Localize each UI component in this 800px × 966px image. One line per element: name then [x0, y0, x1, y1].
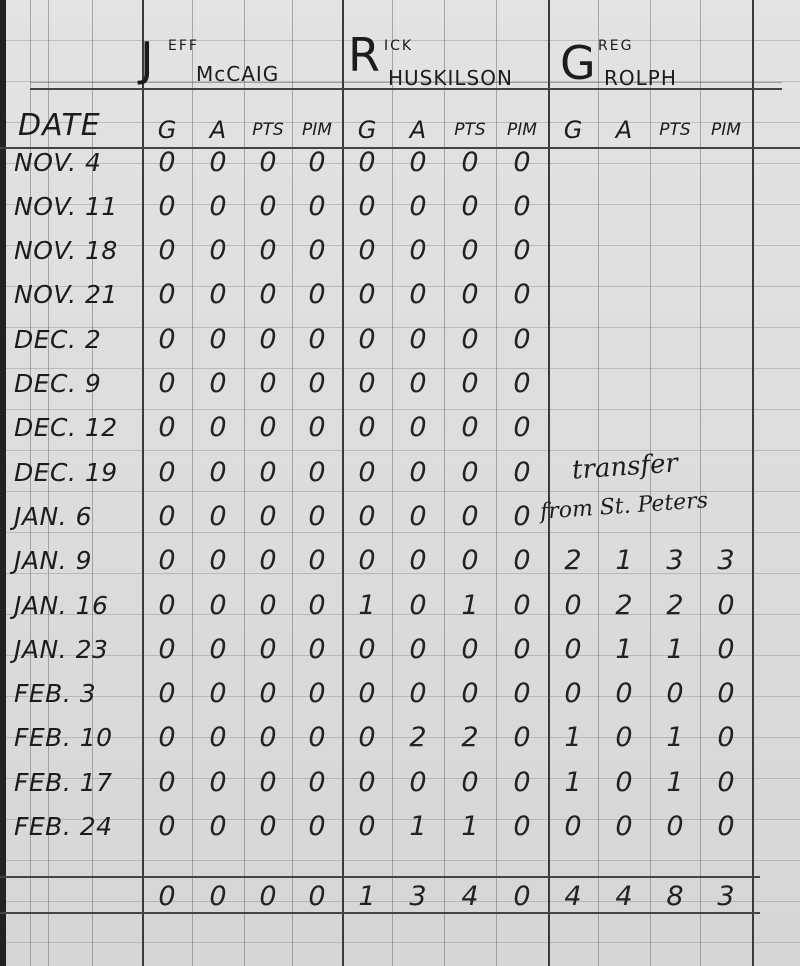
stat-cell: [650, 364, 700, 404]
player-first-name: EFF: [168, 38, 199, 54]
row-date: JAN. 16: [14, 585, 142, 625]
stat-cell: 0: [496, 364, 548, 404]
stat-cell: 0: [142, 452, 192, 492]
stat-cell: 0: [244, 408, 292, 448]
stat-cell: 0: [192, 142, 244, 182]
stat-cell: [548, 142, 598, 182]
stat-cell: 0: [142, 186, 192, 226]
stat-cell: 0: [142, 807, 192, 847]
stat-cell: [700, 142, 752, 182]
game-row: NOV. 400000000: [0, 142, 800, 182]
stat-cell: 0: [244, 541, 292, 581]
stat-cell: 0: [192, 319, 244, 359]
stat-cell: 0: [192, 585, 244, 625]
stat-cell: 0: [392, 541, 444, 581]
stat-cell: 0: [342, 541, 392, 581]
game-row: JAN. 23000000000110: [0, 629, 800, 669]
player-last-name: McCAIG: [196, 62, 279, 86]
stat-cell: 0: [192, 629, 244, 669]
stat-cell: 0: [244, 142, 292, 182]
stat-cell: [700, 319, 752, 359]
stat-cell: 0: [292, 718, 342, 758]
stat-cell: 0: [598, 674, 650, 714]
stat-cell: 0: [142, 496, 192, 536]
stat-cell: 0: [598, 807, 650, 847]
stat-cell: 0: [700, 674, 752, 714]
stat-cell: 0: [244, 452, 292, 492]
stat-cell: 0: [496, 541, 548, 581]
stat-cell: 0: [192, 876, 244, 916]
stat-cell: 0: [496, 319, 548, 359]
stat-cell: 0: [244, 364, 292, 404]
stat-cell: 0: [392, 231, 444, 271]
stat-cell: 0: [192, 186, 244, 226]
stat-cell: 0: [342, 319, 392, 359]
stat-cell: 0: [342, 275, 392, 315]
stat-cell: 0: [444, 496, 496, 536]
stat-cell: 2: [392, 718, 444, 758]
stat-cell: 0: [244, 585, 292, 625]
stat-cell: 0: [142, 629, 192, 669]
stat-cell: 3: [650, 541, 700, 581]
game-row: FEB. 10000002201010: [0, 718, 800, 758]
stat-cell: 0: [292, 496, 342, 536]
row-date: JAN. 9: [14, 541, 142, 581]
stat-cell: 0: [342, 452, 392, 492]
stat-cell: [700, 408, 752, 448]
stat-cell: 0: [392, 496, 444, 536]
stat-cell: 0: [192, 496, 244, 536]
stat-cell: 0: [392, 186, 444, 226]
stat-cell: 0: [444, 231, 496, 271]
stat-cell: 0: [192, 452, 244, 492]
player-last-name: HUSKILSON: [388, 66, 513, 90]
stat-cell: [650, 186, 700, 226]
stat-cell: 1: [650, 718, 700, 758]
game-row: FEB. 24000001100000: [0, 807, 800, 847]
stat-cell: 4: [598, 876, 650, 916]
stat-cell: 0: [292, 186, 342, 226]
stat-cell: [598, 275, 650, 315]
stat-cell: [598, 231, 650, 271]
player-initial: J: [140, 36, 154, 82]
game-row: DEC. 900000000: [0, 364, 800, 404]
stat-cell: 0: [292, 541, 342, 581]
stat-cell: 0: [244, 807, 292, 847]
stat-cell: 0: [142, 674, 192, 714]
stat-cell: 0: [444, 629, 496, 669]
stat-cell: 0: [192, 541, 244, 581]
stat-cell: [650, 408, 700, 448]
stat-cell: 1: [598, 541, 650, 581]
stat-cell: 0: [496, 718, 548, 758]
stat-cell: [548, 186, 598, 226]
stat-cell: 0: [342, 674, 392, 714]
stat-cell: 0: [192, 364, 244, 404]
stat-cell: 0: [496, 186, 548, 226]
stat-cell: 0: [342, 762, 392, 802]
stat-cell: 0: [444, 541, 496, 581]
stat-cell: [650, 275, 700, 315]
stat-cell: 0: [392, 762, 444, 802]
stat-cell: 0: [244, 876, 292, 916]
stat-cell: 1: [650, 629, 700, 669]
stat-cell: 0: [142, 231, 192, 271]
game-row: DEC. 1900000000: [0, 452, 800, 492]
stat-cell: 3: [700, 876, 752, 916]
stat-cell: 0: [392, 142, 444, 182]
stat-cell: 0: [142, 319, 192, 359]
stat-cell: 0: [192, 408, 244, 448]
stat-cell: 0: [142, 585, 192, 625]
stat-cell: [650, 231, 700, 271]
stat-cell: 0: [142, 541, 192, 581]
stat-cell: 0: [244, 496, 292, 536]
row-date: FEB. 3: [14, 674, 142, 714]
stat-cell: 0: [192, 674, 244, 714]
stat-cell: 0: [292, 408, 342, 448]
stat-cell: 0: [342, 629, 392, 669]
stat-cell: 1: [444, 807, 496, 847]
stat-cell: 1: [342, 585, 392, 625]
stat-cell: 0: [496, 142, 548, 182]
stat-cell: 0: [392, 452, 444, 492]
row-date: NOV. 18: [14, 231, 142, 271]
row-date: DEC. 19: [14, 452, 142, 492]
stat-cell: 0: [192, 762, 244, 802]
stat-cell: [700, 186, 752, 226]
game-row: NOV. 2100000000: [0, 275, 800, 315]
stat-cell: 0: [496, 762, 548, 802]
stat-cell: [598, 364, 650, 404]
row-date: DEC. 9: [14, 364, 142, 404]
stat-cell: [548, 231, 598, 271]
stat-cell: 0: [700, 585, 752, 625]
stat-cell: 2: [650, 585, 700, 625]
stat-cell: 0: [496, 629, 548, 669]
stat-cell: 4: [444, 876, 496, 916]
stat-cell: 0: [292, 319, 342, 359]
stat-cell: 0: [700, 629, 752, 669]
stat-cell: 0: [244, 718, 292, 758]
stat-cell: 0: [244, 186, 292, 226]
game-row: NOV. 1100000000: [0, 186, 800, 226]
row-date: FEB. 10: [14, 718, 142, 758]
stat-cell: [700, 275, 752, 315]
row-date: JAN. 6: [14, 496, 142, 536]
stat-cell: 0: [392, 275, 444, 315]
stat-cell: 0: [342, 408, 392, 448]
stat-cell: 0: [192, 275, 244, 315]
stat-cell: 0: [548, 674, 598, 714]
stat-cell: 0: [192, 231, 244, 271]
stat-cell: 0: [392, 674, 444, 714]
stat-cell: 0: [342, 186, 392, 226]
stat-cell: 0: [496, 408, 548, 448]
stat-cell: 0: [444, 408, 496, 448]
stat-cell: 0: [292, 275, 342, 315]
stat-cell: [700, 452, 752, 492]
row-date: DEC. 12: [14, 408, 142, 448]
stat-cell: 0: [598, 718, 650, 758]
row-date: FEB. 17: [14, 762, 142, 802]
stat-cell: 0: [292, 364, 342, 404]
stat-cell: [650, 142, 700, 182]
stat-cell: 0: [392, 408, 444, 448]
stat-cell: 0: [548, 585, 598, 625]
stat-cell: [700, 364, 752, 404]
stat-cell: 0: [292, 585, 342, 625]
stat-cell: [548, 408, 598, 448]
game-row: DEC. 200000000: [0, 319, 800, 359]
hockey-stats-card: J EFF McCAIG R ICK HUSKILSON G REG ROLPH…: [0, 0, 800, 966]
stat-cell: 0: [342, 807, 392, 847]
stat-cell: 0: [142, 762, 192, 802]
stat-cell: 2: [548, 541, 598, 581]
stat-cell: 0: [342, 364, 392, 404]
stat-cell: 0: [244, 231, 292, 271]
stat-cell: [650, 319, 700, 359]
row-date: FEB. 24: [14, 807, 142, 847]
stat-cell: 0: [496, 275, 548, 315]
stat-cell: 0: [392, 319, 444, 359]
player-first-name: ICK: [384, 38, 413, 54]
row-date: NOV. 4: [14, 142, 142, 182]
stat-cell: 0: [244, 629, 292, 669]
stat-cell: [598, 186, 650, 226]
stat-cell: 0: [142, 275, 192, 315]
stat-cell: 0: [292, 142, 342, 182]
stat-cell: 3: [700, 541, 752, 581]
stat-cell: 0: [444, 364, 496, 404]
stat-cell: 0: [342, 496, 392, 536]
stat-cell: 0: [244, 674, 292, 714]
stat-cell: 3: [392, 876, 444, 916]
stat-cell: 0: [292, 629, 342, 669]
stat-cell: 1: [548, 762, 598, 802]
stat-cell: 0: [650, 807, 700, 847]
stat-cell: 0: [496, 231, 548, 271]
stat-cell: 1: [342, 876, 392, 916]
stat-cell: 1: [392, 807, 444, 847]
game-row: DEC. 1200000000: [0, 408, 800, 448]
player-last-name: ROLPH: [604, 66, 677, 90]
stat-cell: 0: [142, 142, 192, 182]
stat-cell: 0: [444, 319, 496, 359]
stat-cell: 0: [444, 142, 496, 182]
stat-cell: 0: [700, 762, 752, 802]
stat-cell: 0: [444, 674, 496, 714]
stat-cell: 0: [444, 762, 496, 802]
stat-cell: 0: [292, 452, 342, 492]
row-date: NOV. 21: [14, 275, 142, 315]
stat-cell: 0: [244, 319, 292, 359]
totals-row: 000013404483: [0, 876, 800, 916]
stat-cell: 0: [392, 585, 444, 625]
row-date: DEC. 2: [14, 319, 142, 359]
stat-cell: 0: [548, 807, 598, 847]
stat-cell: 0: [342, 718, 392, 758]
stat-cell: 0: [496, 674, 548, 714]
stat-cell: 0: [342, 142, 392, 182]
stat-cell: 0: [496, 585, 548, 625]
stat-cell: 0: [548, 629, 598, 669]
stat-cell: 0: [342, 231, 392, 271]
stat-cell: 0: [496, 452, 548, 492]
stat-cell: 0: [598, 762, 650, 802]
stat-cell: 0: [392, 629, 444, 669]
stat-cell: 0: [292, 762, 342, 802]
stat-cell: 0: [244, 762, 292, 802]
stat-cell: 1: [598, 629, 650, 669]
stat-cell: [548, 275, 598, 315]
stat-cell: 8: [650, 876, 700, 916]
stat-cell: [598, 408, 650, 448]
stat-cell: 4: [548, 876, 598, 916]
stat-cell: [598, 319, 650, 359]
player-initial: G: [560, 40, 596, 86]
stat-cell: 0: [292, 674, 342, 714]
stat-cell: 0: [496, 807, 548, 847]
row-date: NOV. 11: [14, 186, 142, 226]
stat-cell: 0: [292, 876, 342, 916]
stat-cell: 0: [392, 364, 444, 404]
stat-cell: 0: [142, 718, 192, 758]
stat-cell: 2: [598, 585, 650, 625]
stat-cell: 2: [444, 718, 496, 758]
stat-cell: 0: [650, 674, 700, 714]
stat-cell: [700, 231, 752, 271]
stat-cell: [598, 142, 650, 182]
stat-cell: 0: [142, 364, 192, 404]
stat-cell: 0: [496, 876, 548, 916]
game-row: JAN. 16000010100220: [0, 585, 800, 625]
stat-cell: 0: [142, 876, 192, 916]
date-column-header: DATE: [18, 108, 101, 143]
row-date: [14, 876, 142, 916]
stat-cell: 0: [700, 807, 752, 847]
stat-cell: 0: [244, 275, 292, 315]
stat-cell: 0: [444, 452, 496, 492]
game-row: JAN. 9000000002133: [0, 541, 800, 581]
stat-cell: [548, 319, 598, 359]
stat-cell: 0: [142, 408, 192, 448]
game-row: FEB. 17000000001010: [0, 762, 800, 802]
player-first-name: REG: [598, 38, 633, 54]
stat-cell: 0: [444, 275, 496, 315]
row-date: JAN. 23: [14, 629, 142, 669]
player-initial: R: [348, 32, 380, 78]
stat-cell: [548, 364, 598, 404]
stat-cell: 1: [444, 585, 496, 625]
stat-cell: 0: [192, 718, 244, 758]
stat-cell: 1: [548, 718, 598, 758]
stat-cell: 0: [700, 718, 752, 758]
game-row: NOV. 1800000000: [0, 231, 800, 271]
game-row: FEB. 3000000000000: [0, 674, 800, 714]
stat-cell: 0: [292, 807, 342, 847]
stat-cell: 1: [650, 762, 700, 802]
stat-cell: 0: [192, 807, 244, 847]
stat-cell: 0: [444, 186, 496, 226]
stat-cell: 0: [292, 231, 342, 271]
